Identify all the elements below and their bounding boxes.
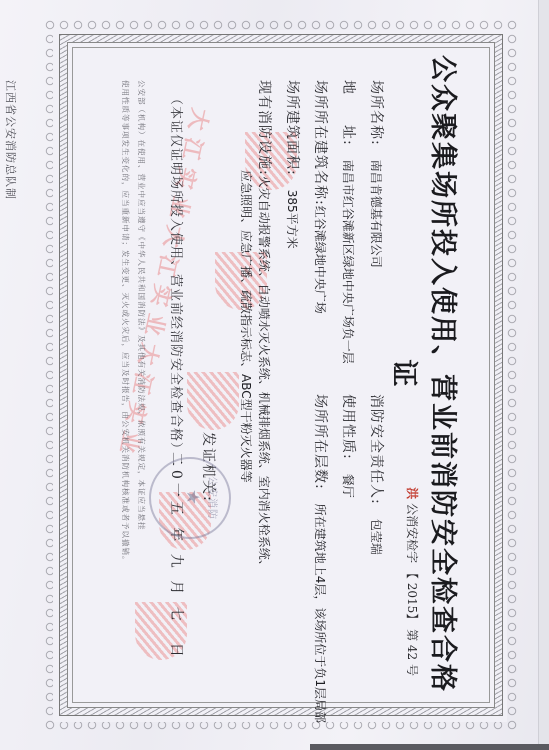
- field-value: 385平方米: [285, 190, 299, 249]
- field-floor-area: 场所建筑面积:385平方米: [283, 80, 303, 249]
- certificate: 大江实业大江实业大江实业 公众聚集场所投入使用、营业前消防安全检查合格证 洪 公…: [0, 0, 549, 750]
- field-usage-type: 使用性质:餐厅: [339, 394, 359, 498]
- cert-year: 【 2015】: [405, 567, 419, 625]
- field-value: 所在建筑地上4层，该场所位于负1层局部: [313, 504, 327, 723]
- field-building-name: 场所所在建筑名称:红谷滩绿地中央广场: [311, 80, 331, 314]
- field-label: 场所建筑面积:: [284, 80, 300, 176]
- field-safety-officer: 消防安全责任人:包莹瑞: [367, 394, 387, 555]
- field-label: 地 址:: [340, 80, 356, 146]
- field-value: 火灾自动报警系统、自动喷水灭火系统、机械排烟系统、室内消火栓系统、: [257, 176, 271, 572]
- seal-text: 公安消防: [206, 463, 221, 533]
- field-value: 红谷滩绿地中央广场: [313, 206, 327, 314]
- cert-number: 第 42 号: [405, 629, 419, 676]
- field-label: 使用性质:: [340, 394, 356, 460]
- field-value: 包莹瑞: [369, 519, 383, 555]
- cert-agency-code: 公消安检字: [405, 503, 419, 563]
- field-address: 地 址:南昌市红谷滩新区绿地中央广场负一层: [339, 80, 359, 364]
- field-venue-name: 场所名称:南昌肯德基有限公司: [367, 80, 387, 268]
- field-label: 场所名称:: [368, 80, 384, 146]
- watermark-logo: [187, 372, 239, 430]
- field-label: 消防安全责任人:: [368, 394, 384, 505]
- scanned-page: 大江实业大江实业大江实业 公众聚集场所投入使用、营业前消防安全检查合格证 洪 公…: [0, 0, 549, 750]
- field-value: 餐厅: [341, 474, 355, 498]
- issuer-imprint: 江西省公安消防总队制: [3, 80, 19, 200]
- official-seal: 公安消防 ★: [149, 457, 231, 539]
- field-value: 南昌肯德基有限公司: [369, 160, 383, 268]
- field-label: 场所所在建筑名称:: [312, 80, 328, 206]
- fine-print-line: 使用性质等事项发生变化的，应当重新申请；发生变更、灭火或火灾后，应当及时报告，由…: [120, 80, 131, 565]
- field-floor-count: 场所所在层数:所在建筑地上4层，该场所位于负1层局部: [311, 394, 331, 723]
- field-value: 应急照明、应急广播、疏散指示标志、ABC型干粉灭火器等: [239, 170, 253, 483]
- field-value: 南昌市红谷滩新区绿地中央广场负一层: [341, 160, 355, 364]
- field-fire-facilities-cont: 应急照明、应急广播、疏散指示标志、ABC型干粉灭火器等: [238, 170, 255, 483]
- cert-prefix: 洪: [405, 487, 419, 499]
- field-label: 现有消防设施:: [256, 80, 272, 176]
- certificate-content: 大江实业大江实业大江实业 公众聚集场所投入使用、营业前消防安全检查合格证 洪 公…: [77, 52, 487, 696]
- field-label: 场所所在层数:: [312, 394, 328, 490]
- certificate-note: （本证仅证明场所投入使用、营业前经消防安全检查合格）: [168, 92, 187, 456]
- field-fire-facilities: 现有消防设施:火灾自动报警系统、自动喷水灭火系统、机械排烟系统、室内消火栓系统、: [255, 80, 275, 572]
- fine-print-line: 公安部（机构）在使用、营业中应当遵守《中华人民共和国消防法》及其他有关消防法规，…: [136, 80, 147, 531]
- certificate-title: 公众聚集场所投入使用、营业前消防安全检查合格证: [387, 52, 465, 696]
- seal-star-icon: ★: [182, 489, 203, 505]
- certificate-number: 洪 公消安检字 【 2015】 第 42 号: [404, 487, 421, 676]
